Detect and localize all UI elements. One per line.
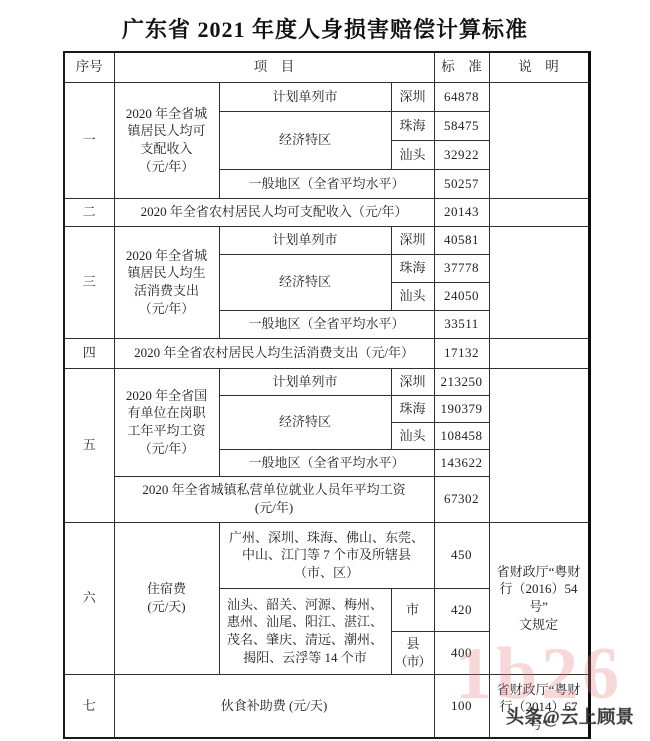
city-zhuhai-s5: 珠海	[391, 395, 434, 422]
item-name-s7-meal: 伙食补助费 (元/天)	[114, 674, 434, 738]
row-no-5: 五	[64, 368, 114, 522]
compensation-standards-table: 序号 项 目 标 准 说 明 一 2020 年全省城 镇居民人均可 支配收入 （…	[63, 51, 591, 739]
value-s1-shantou: 32922	[434, 140, 489, 169]
note-s6: 省财政厅“粤财 行（2016）54 号” 文规定	[489, 522, 589, 674]
item-name-s6-lodging: 住宿费 (元/天)	[114, 522, 219, 674]
note-s3	[489, 226, 589, 338]
row-no-6: 六	[64, 522, 114, 674]
value-s6-city: 420	[434, 588, 489, 631]
value-s6-area1: 450	[434, 522, 489, 588]
row-no-2: 二	[64, 198, 114, 226]
row-no-4: 四	[64, 338, 114, 368]
city-shantou-s5: 汕头	[391, 422, 434, 449]
value-s3-shenzhen: 40581	[434, 226, 489, 254]
value-s6-county: 400	[434, 631, 489, 674]
city-shenzhen-s1: 深圳	[391, 82, 434, 111]
unit-city-s6: 市	[391, 588, 434, 631]
table-row: 三 2020 年全省城 镇居民人均生 活消费支出 （元/年） 计划单列市 深圳 …	[64, 226, 589, 254]
sub-item-s5-sez: 经济特区	[219, 395, 391, 449]
sub-item-s3-general: 一般地区（全省平均水平）	[219, 310, 434, 338]
row-no-3: 三	[64, 226, 114, 338]
header-standard: 标 准	[434, 52, 489, 82]
sub-item-s1-sez: 经济特区	[219, 111, 391, 169]
table-row: 六 住宿费 (元/天) 广州、深圳、珠海、佛山、东莞、 中山、江门等 7 个市及…	[64, 522, 589, 588]
value-s1-zhuhai: 58475	[434, 111, 489, 140]
city-zhuhai-s3: 珠海	[391, 254, 434, 282]
header-note: 说 明	[489, 52, 589, 82]
value-s5-zhuhai: 190379	[434, 395, 489, 422]
row-no-7: 七	[64, 674, 114, 738]
item-name-s5-private-wage: 2020 年全省城镇私营单位就业人员年平均工资 (元/年)	[114, 476, 434, 522]
item-name-s4: 2020 年全省农村居民人均生活消费支出（元/年）	[114, 338, 434, 368]
note-s5	[489, 368, 589, 522]
value-s1-general: 50257	[434, 169, 489, 198]
value-s2: 20143	[434, 198, 489, 226]
credit-watermark: 头条@云上顾景	[506, 703, 634, 729]
table-row: 二 2020 年全省农村居民人均可支配收入（元/年） 20143	[64, 198, 589, 226]
value-s7: 100	[434, 674, 489, 738]
city-shantou-s3: 汕头	[391, 282, 434, 310]
value-s3-zhuhai: 37778	[434, 254, 489, 282]
value-s1-shenzhen: 64878	[434, 82, 489, 111]
item-name-s3: 2020 年全省城 镇居民人均生 活消费支出 （元/年）	[114, 226, 219, 338]
page-title: 广东省 2021 年度人身损害赔偿计算标准	[0, 0, 650, 44]
value-s3-general: 33511	[434, 310, 489, 338]
sub-item-s1-planned-city: 计划单列市	[219, 82, 391, 111]
table-header-row: 序号 项 目 标 准 说 明	[64, 52, 589, 82]
sub-item-s1-general: 一般地区（全省平均水平）	[219, 169, 434, 198]
table-row: 五 2020 年全省国 有单位在岗职 工年平均工资 （元/年） 计划单列市 深圳…	[64, 368, 589, 395]
header-item: 项 目	[114, 52, 434, 82]
city-shenzhen-s3: 深圳	[391, 226, 434, 254]
item-name-s2: 2020 年全省农村居民人均可支配收入（元/年）	[114, 198, 434, 226]
note-s2	[489, 198, 589, 226]
note-s1	[489, 82, 589, 198]
city-shenzhen-s5: 深圳	[391, 368, 434, 395]
sub-item-s5-general: 一般地区（全省平均水平）	[219, 449, 434, 476]
sub-item-s3-planned-city: 计划单列市	[219, 226, 391, 254]
sub-item-s6-area2: 汕头、韶关、河源、梅州、 惠州、汕尾、阳江、湛江、 茂名、肇庆、清远、潮州、 揭…	[219, 588, 391, 674]
value-s5-shenzhen: 213250	[434, 368, 489, 395]
sub-item-s6-area1: 广州、深圳、珠海、佛山、东莞、 中山、江门等 7 个市及所辖县 （市、区）	[219, 522, 434, 588]
city-zhuhai-s1: 珠海	[391, 111, 434, 140]
header-no: 序号	[64, 52, 114, 82]
sub-item-s3-sez: 经济特区	[219, 254, 391, 310]
value-s3-shantou: 24050	[434, 282, 489, 310]
row-no-1: 一	[64, 82, 114, 198]
unit-county-s6: 县（市）	[391, 631, 434, 674]
value-s5-shantou: 108458	[434, 422, 489, 449]
item-name-s5: 2020 年全省国 有单位在岗职 工年平均工资 （元/年）	[114, 368, 219, 476]
item-name-s1: 2020 年全省城 镇居民人均可 支配收入 （元/年）	[114, 82, 219, 198]
note-s4	[489, 338, 589, 368]
value-s4: 17132	[434, 338, 489, 368]
table-row: 一 2020 年全省城 镇居民人均可 支配收入 （元/年） 计划单列市 深圳 6…	[64, 82, 589, 111]
document-page: 广东省 2021 年度人身损害赔偿计算标准 序号 项 目 标 准 说 明 一 2…	[0, 0, 650, 741]
value-s5-general: 143622	[434, 449, 489, 476]
table-row: 四 2020 年全省农村居民人均生活消费支出（元/年） 17132	[64, 338, 589, 368]
sub-item-s5-planned-city: 计划单列市	[219, 368, 391, 395]
city-shantou-s1: 汕头	[391, 140, 434, 169]
value-s5-private-wage: 67302	[434, 476, 489, 522]
